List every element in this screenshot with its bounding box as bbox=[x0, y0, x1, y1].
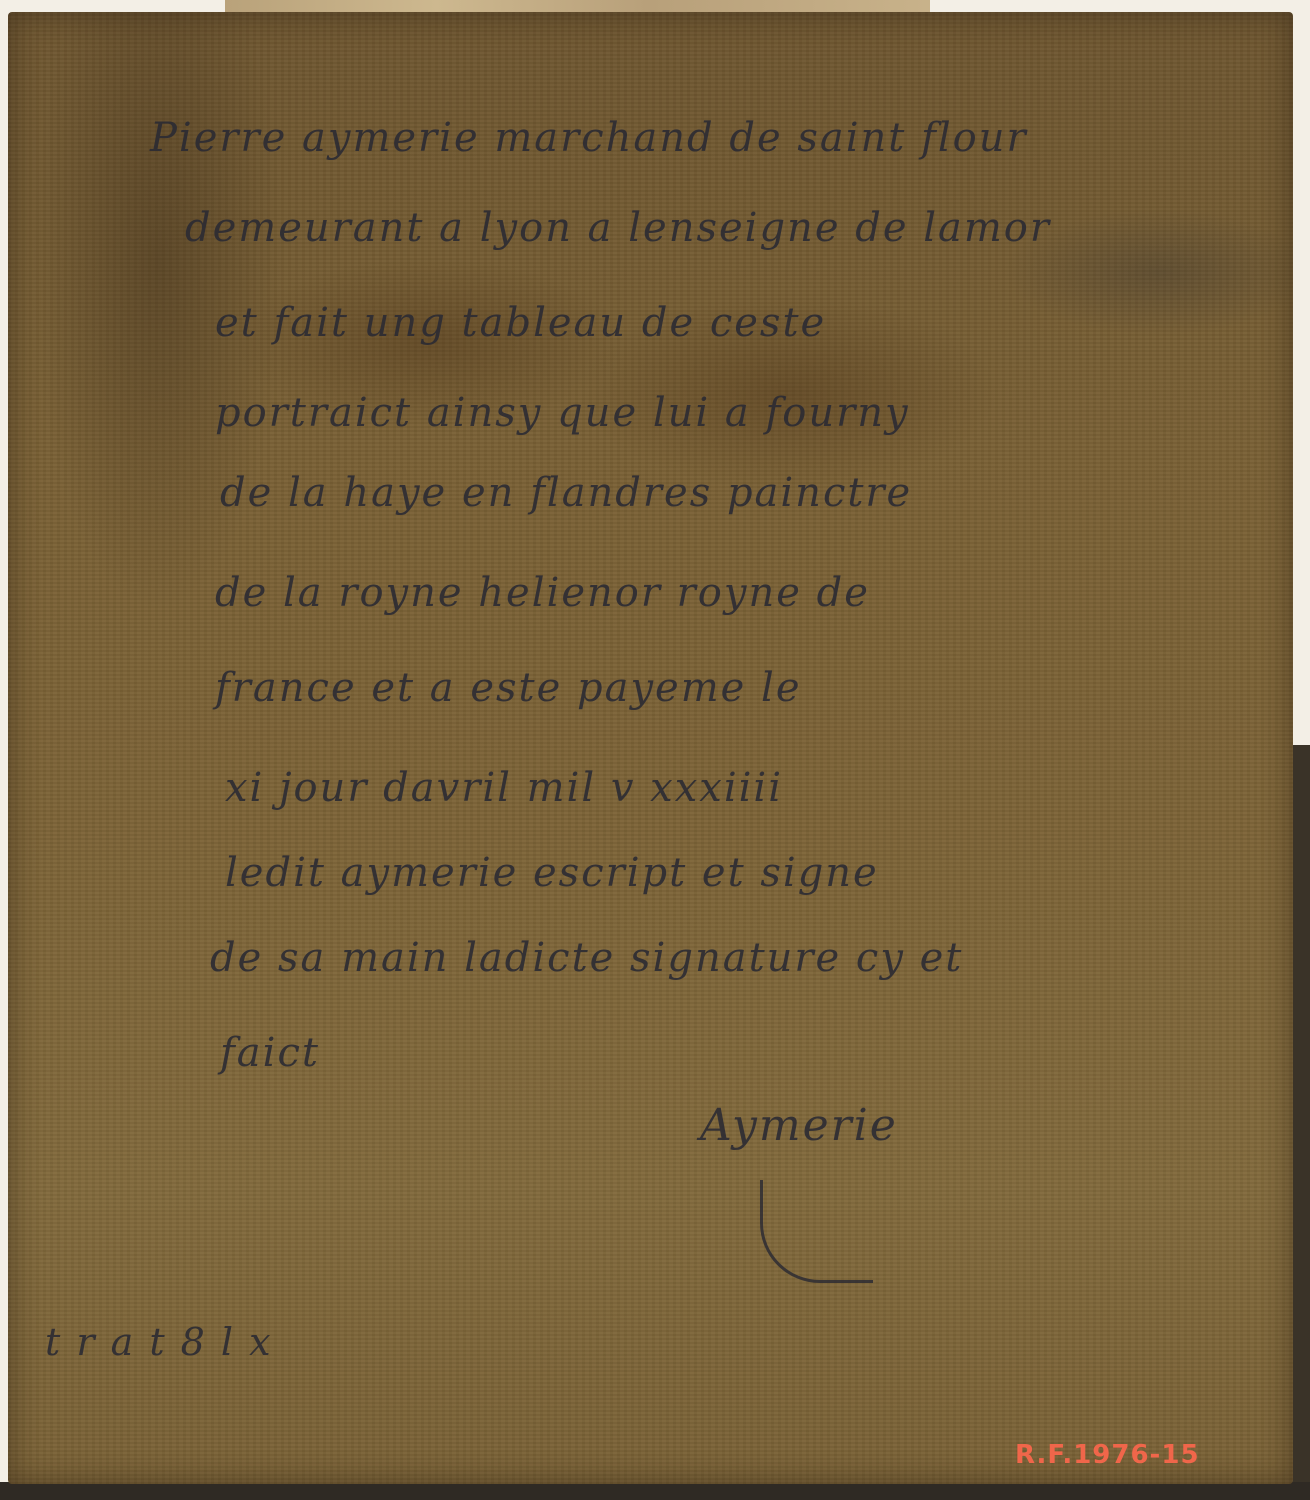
inscription-line: et fait ung tableau de ceste bbox=[215, 300, 826, 346]
inscription-line: france et a este payeme le bbox=[215, 665, 802, 711]
inscription-line: portraict ainsy que lui a fourny bbox=[215, 390, 910, 436]
inscription-line: faict bbox=[220, 1030, 320, 1076]
inscription-line: ledit aymerie escript et signe bbox=[225, 850, 879, 896]
inscription-line: de sa main ladicte signature cy et bbox=[210, 935, 963, 981]
inscription-line: de la haye en flandres painctre bbox=[220, 470, 912, 516]
backdrop-bottom bbox=[0, 1482, 1310, 1500]
inscription-line: Pierre aymerie marchand de saint flour bbox=[150, 115, 1028, 161]
inscription-line: xi jour davril mil v xxxiiii bbox=[225, 765, 783, 811]
signature: Aymerie bbox=[700, 1100, 898, 1151]
inscription-line: demeurant a lyon a lenseigne de lamor bbox=[185, 205, 1051, 251]
bottom-note: t r a t 8 l x bbox=[45, 1320, 273, 1364]
inventory-number: R.F.1976-15 bbox=[1015, 1440, 1200, 1470]
backdrop bbox=[1290, 745, 1310, 1500]
inscription-line: de la royne helienor royne de bbox=[215, 570, 870, 616]
